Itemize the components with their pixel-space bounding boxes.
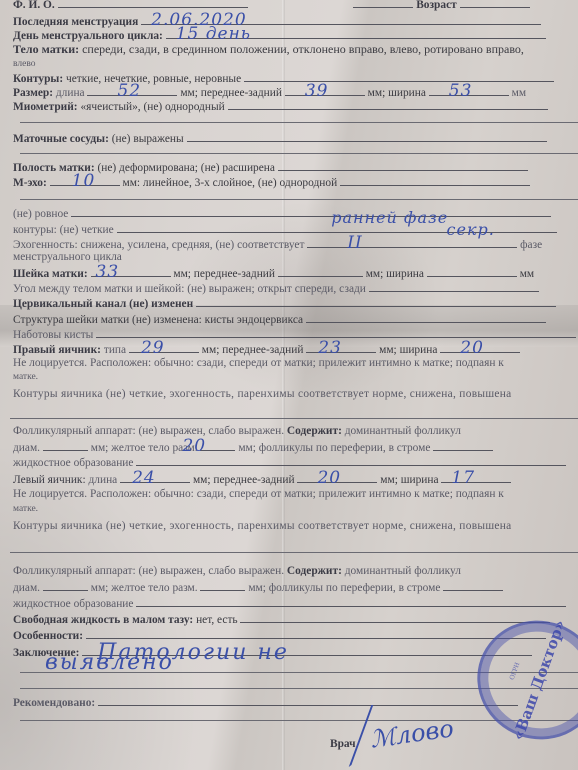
age-label: Возраст: [416, 0, 457, 11]
left-ovary-row: Левый яичник: длина 24 мм; переднее-задн…: [13, 472, 578, 487]
right-ovary-follicular: Фолликулярный аппарат: (не) выражен, сла…: [13, 425, 284, 437]
right-ovary-width-label: мм; ширина: [379, 344, 437, 356]
left-ovary-label: Левый яичник:: [13, 474, 86, 486]
contours-label: Контуры:: [13, 73, 63, 85]
uterus-body-label: Тело матки:: [13, 42, 79, 56]
m-echo-row: М-эхо: 10 мм: линейное, 3-х слойное, (не…: [13, 175, 578, 190]
cervix-width-field[interactable]: [427, 266, 517, 277]
uterus-body-cont: влево: [13, 58, 578, 71]
free-fluid-label: Свободная жидкость в малом тазу:: [13, 614, 193, 626]
corpus-label: мм; желтое тело разм.: [91, 582, 198, 594]
fluid-label: жидкостное образование: [13, 457, 133, 469]
recommended-field[interactable]: [98, 695, 518, 706]
even-row: (не) ровное ранней фазе: [13, 206, 578, 221]
right-ovary-periphery-field[interactable]: [433, 440, 493, 451]
m-echo-options: мм: линейное, 3-х слойное, (не) однородн…: [123, 177, 338, 189]
left-ovary-location: Не лоцируется. Расположен: обычно: сзади…: [13, 488, 578, 501]
cervix-structure-field[interactable]: [306, 312, 546, 323]
left-ovary-ap-field[interactable]: 20: [297, 472, 377, 483]
left-ovary-length-field[interactable]: 24: [120, 472, 190, 483]
right-ovary-location: Не лоцируется. Расположен: обычно: сзади…: [13, 357, 578, 370]
cervix-structure-row: Структура шейки матки (не) изменена: кис…: [13, 312, 578, 327]
cervix-ap-label: мм; переднее-задний: [173, 268, 275, 280]
features-field[interactable]: [86, 628, 546, 639]
conclusion-handwriting-2: выявлено: [45, 650, 174, 675]
uterus-body-options: спереди, сзади, в срединном положении, о…: [82, 42, 524, 56]
blank-line: [20, 199, 578, 200]
cavity-row: Полость матки: (не) деформирована; (не) …: [13, 160, 578, 175]
cycle-day-label: День менструального цикла:: [13, 30, 163, 42]
left-ovary-width-label: мм; ширина: [380, 474, 438, 486]
m-echo-extra-field[interactable]: [340, 175, 530, 186]
angle-row: Угол между телом матки и шейкой: (не) вы…: [13, 281, 578, 296]
contours-options: четкие, нечеткие, ровные, неровные: [66, 73, 241, 85]
unit: мм: [512, 87, 526, 99]
fio-row: Ф. И. О. Возраст: [13, 0, 578, 12]
naboth-row: Наботовы кисты: [13, 327, 578, 342]
left-ovary-corpus-field[interactable]: [200, 580, 245, 591]
cycle-day-row: День менструального цикла: 15 день: [13, 28, 578, 43]
vessels-field[interactable]: [187, 131, 547, 142]
angle-label: Угол между телом матки и шейкой: (не) вы…: [13, 283, 366, 295]
left-ovary-location-cont: матке.: [13, 503, 578, 516]
right-ovary-follicular-row: Фолликулярный аппарат: (не) выражен, сла…: [13, 425, 578, 438]
myometrium-label: Миометрий:: [13, 101, 78, 113]
echogenicity-suffix: фазе: [520, 239, 542, 251]
left-ovary-fluid-row: жидкостное образование: [13, 596, 578, 611]
contours-field[interactable]: [244, 71, 554, 82]
echogenicity-row: Эхогенность: снижена, усилена, средняя, …: [13, 237, 578, 252]
size-length-field[interactable]: 52: [87, 85, 177, 96]
left-ovary-length-label: длина: [89, 474, 118, 486]
cervix-label: Шейка матки:: [13, 268, 88, 280]
vessels-label: Маточные сосуды:: [13, 133, 109, 145]
right-ovary-fluid-row: жидкостное образование: [13, 455, 578, 470]
left-ovary-follicular: Фолликулярный аппарат: (не) выражен, сла…: [13, 565, 284, 577]
size-ap-field[interactable]: 39: [285, 85, 365, 96]
right-ovary-length-field[interactable]: 29: [129, 342, 199, 353]
contains-value: доминантный фолликул: [345, 425, 461, 437]
left-ovary-follicular-row: Фолликулярный аппарат: (не) выражен, сла…: [13, 565, 578, 578]
contours2-field[interactable]: секр.: [117, 222, 557, 233]
cavity-options: (не) деформирована; (не) расширена: [97, 162, 274, 174]
left-ovary-diam-row: диам. мм; желтое тело разм. мм; фолликул…: [13, 580, 578, 595]
right-ovary-length-label: типа: [104, 344, 126, 356]
right-ovary-location-cont: матке.: [13, 371, 578, 384]
uterus-body-row: Тело матки: спереди, сзади, в срединном …: [13, 43, 578, 56]
size-length-label: длина: [56, 87, 85, 99]
m-echo-label: М-эхо:: [13, 177, 47, 189]
contains-label: Содержит:: [287, 425, 342, 437]
diam-label: диам.: [13, 582, 40, 594]
stamp-title: «Ваш Доктор»: [509, 618, 569, 743]
myometrium-options: «ячеистый», (не) однородный: [80, 101, 224, 113]
cervical-canal-row: Цервикальный канал (не) изменен: [13, 296, 578, 311]
left-ovary-fluid-field[interactable]: [136, 596, 566, 607]
right-ovary-ap-label: мм; переднее-задний: [202, 344, 304, 356]
contours-row: Контуры: четкие, нечеткие, ровные, неров…: [13, 71, 578, 86]
myometrium-field[interactable]: [228, 99, 548, 110]
blank-line: [10, 552, 578, 553]
features-label: Особенности:: [13, 630, 83, 642]
left-ovary-width-field[interactable]: 17: [441, 472, 511, 483]
right-ovary-label: Правый яичник:: [13, 344, 101, 356]
contains-label: Содержит:: [287, 565, 342, 577]
echogenicity-field[interactable]: II: [307, 237, 517, 248]
m-echo-field[interactable]: 10: [50, 175, 120, 186]
blank-line: [20, 153, 578, 154]
cervix-ap-field[interactable]: [278, 266, 363, 277]
age-field[interactable]: [460, 0, 530, 8]
right-ovary-diam-field[interactable]: [43, 440, 88, 451]
cervix-structure-label: Структура шейки матки (не) изменена: кис…: [13, 314, 303, 326]
vessels-row: Маточные сосуды: (не) выражены: [13, 131, 578, 146]
blank-line: [20, 122, 578, 123]
fio-label: Ф. И. О.: [13, 0, 55, 11]
right-ovary-corpus-field[interactable]: 20: [200, 440, 235, 451]
free-fluid-row: Свободная жидкость в малом тазу: нет, ес…: [13, 612, 578, 627]
last-menstruation-label: Последняя менструация: [13, 16, 138, 28]
blank: [353, 0, 413, 8]
left-ovary-diam-field[interactable]: [43, 580, 88, 591]
size-width-label: мм; ширина: [368, 87, 426, 99]
echogenicity-label: Эхогенность: снижена, усилена, средняя, …: [13, 239, 304, 251]
size-row: Размер: длина 52 мм; переднее-задний 39 …: [13, 85, 578, 100]
cycle-day-field[interactable]: 15 день: [166, 28, 546, 39]
naboth-field[interactable]: [96, 327, 576, 338]
even-label: (не) ровное: [13, 208, 68, 220]
contains-value: доминантный фолликул: [345, 565, 461, 577]
unit: мм: [520, 268, 534, 280]
even-field[interactable]: ранней фазе: [71, 206, 551, 217]
right-ovary-contours: Контуры яичника (не) четкие, эхогенность…: [13, 388, 578, 401]
contours2-label: контуры: (не) четкие: [13, 224, 114, 236]
periphery-label: мм; фолликулы по переферии, в строме: [248, 582, 440, 594]
size-width-field[interactable]: 53: [429, 85, 509, 96]
diam-label: диам.: [13, 442, 40, 454]
cycle-day-value: 15 день: [176, 28, 251, 41]
right-ovary-ap-field[interactable]: 23: [306, 342, 376, 353]
stamp-sub: ОГРН: [508, 661, 522, 681]
size-label: Размер:: [13, 87, 53, 99]
fio-field[interactable]: [58, 0, 248, 8]
cavity-field[interactable]: [278, 160, 528, 171]
naboth-label: Наботовы кисты: [13, 329, 93, 341]
recommended-label: Рекомендовано:: [13, 697, 95, 709]
doctor-label: Врач: [330, 738, 356, 750]
fluid-label: жидкостное образование: [13, 598, 133, 610]
cervix-row: Шейка матки: 33 мм; переднее-задний мм; …: [13, 266, 578, 281]
right-ovary-row: Правый яичник: типа 29 мм; переднее-задн…: [13, 342, 578, 357]
cervical-canal-field[interactable]: [196, 296, 556, 307]
blank-line: [10, 418, 578, 419]
cervical-canal-label: Цервикальный канал (не) изменен: [13, 298, 193, 310]
last-menstruation-row: Последняя менструация 2.06.2020: [13, 14, 578, 29]
right-ovary-diam-row: диам. мм; желтое тело разм. 20 мм; фолли…: [13, 440, 578, 455]
right-ovary-width-field[interactable]: 20: [440, 342, 520, 353]
right-ovary-fluid-field[interactable]: [136, 455, 566, 466]
cervix-width-label: мм; ширина: [366, 268, 424, 280]
cervix-length-field[interactable]: 33: [91, 266, 171, 277]
free-fluid-field[interactable]: [240, 612, 550, 623]
left-ovary-periphery-field[interactable]: [443, 580, 503, 591]
vessels-options: (не) выражены: [112, 133, 184, 145]
size-ap-label: мм; переднее-задний: [180, 87, 282, 99]
periphery-label: мм; фолликулы по переферии, в строме: [238, 442, 430, 454]
free-fluid-options: нет, есть: [196, 614, 238, 626]
angle-field[interactable]: [369, 281, 539, 292]
contours2-row: контуры: (не) четкие секр.: [13, 222, 578, 237]
myometrium-row: Миометрий: «ячеистый», (не) однородный: [13, 99, 578, 114]
left-ovary-contours: Контуры яичника (не) четкие, эхогенность…: [13, 520, 578, 533]
left-ovary-ap-label: мм; переднее-задний: [193, 474, 295, 486]
